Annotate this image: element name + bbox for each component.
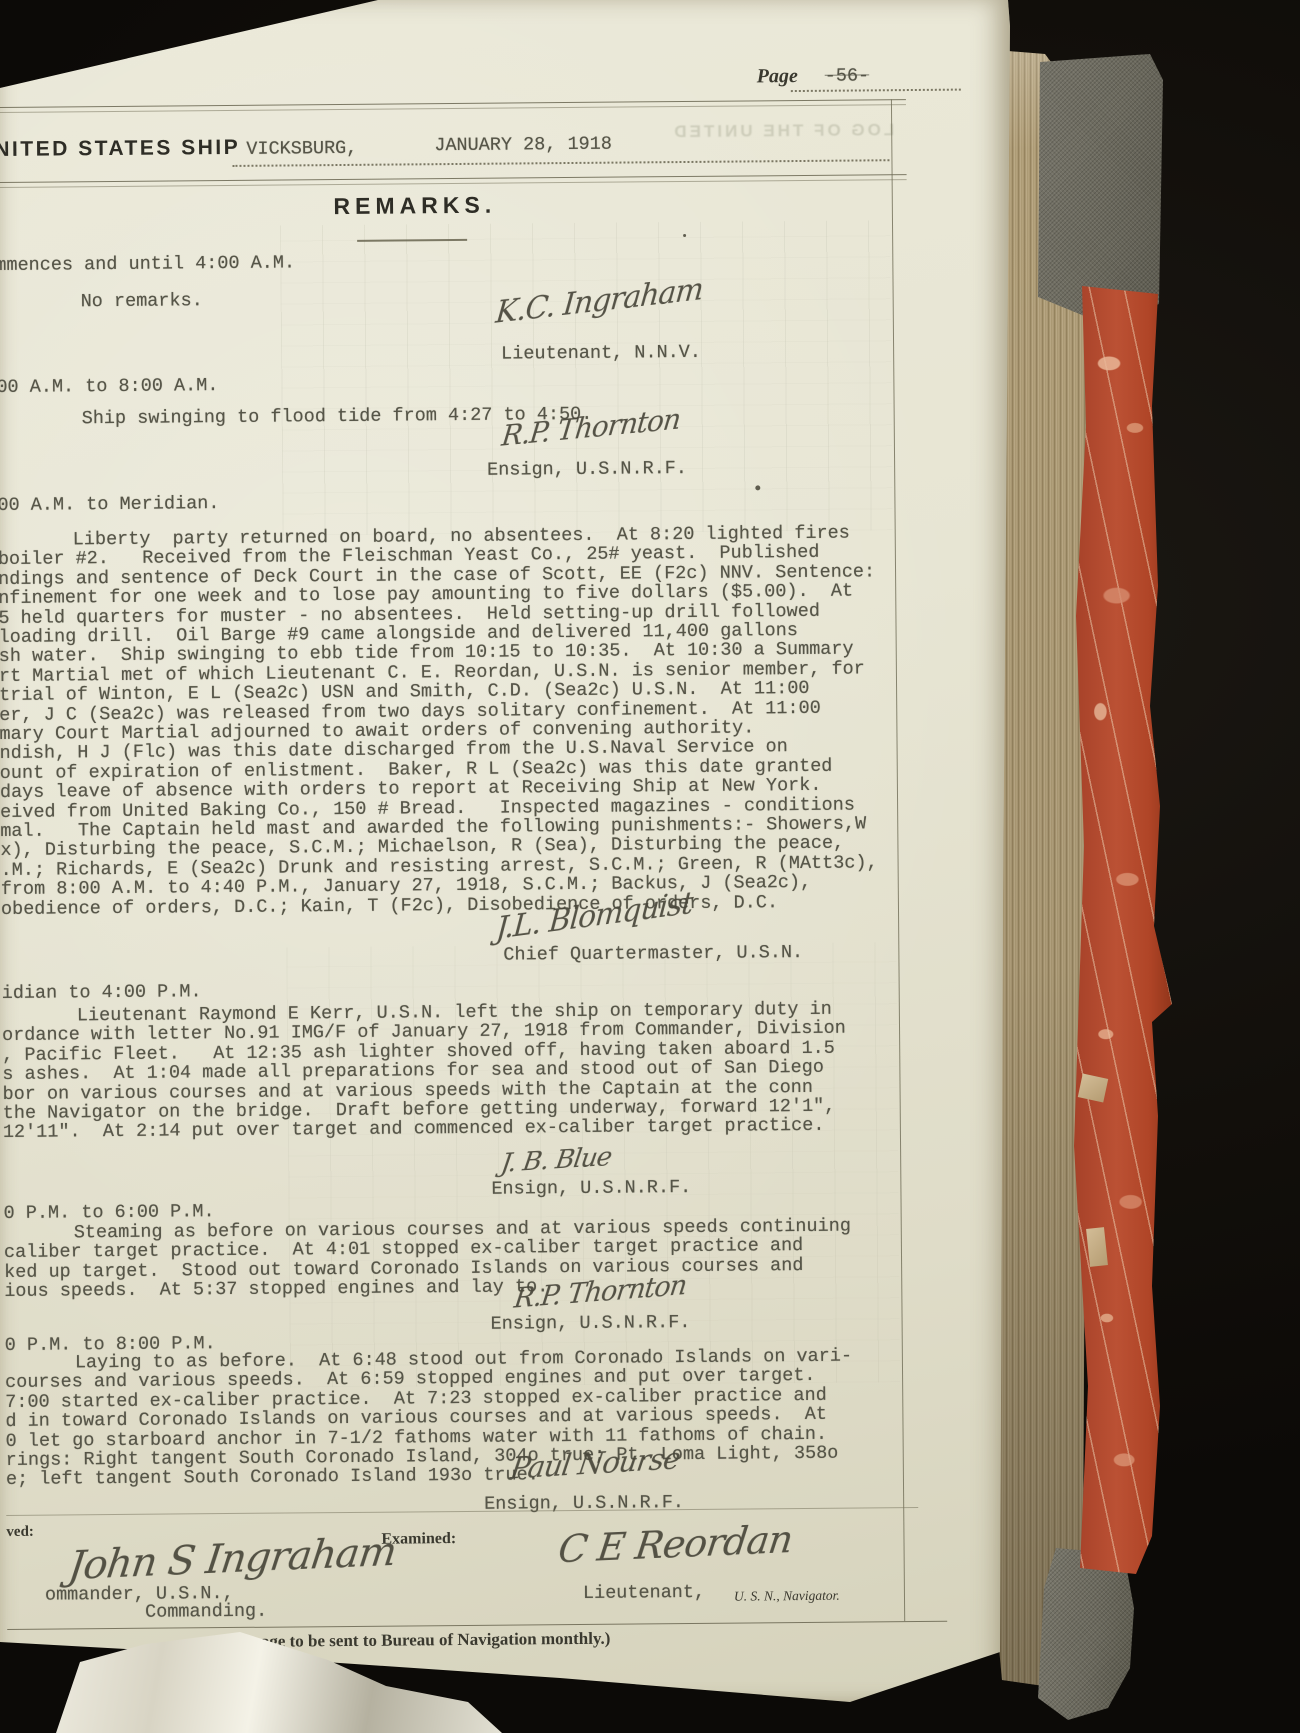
examiner-signature: C E Reordan xyxy=(556,1517,795,1571)
ink-speck xyxy=(683,234,686,237)
period-header: mmences and until 4:00 A.M. xyxy=(0,253,295,275)
book-cover-marbled-paper xyxy=(1068,286,1176,1576)
page-number-dotted-line xyxy=(791,89,961,92)
bleed-through-grid xyxy=(280,220,893,535)
commander-title-line2: Commanding. xyxy=(145,1602,267,1622)
signature-title: Ensign, U.S.N.R.F. xyxy=(487,458,687,481)
printed-form: LOG OF THE UNITED Page -56- NITED STATES… xyxy=(0,0,1020,1715)
book-cover-fabric-bottom-corner xyxy=(1038,1548,1138,1726)
book-cover-fabric-top-corner xyxy=(1032,52,1164,324)
log-line: ious speeds. At 5:37 stopped engines and… xyxy=(4,1277,548,1301)
ink-speck xyxy=(755,485,760,490)
page-label: Page xyxy=(757,65,798,88)
logbook-page: LOG OF THE UNITED Page -56- NITED STATES… xyxy=(0,0,1012,1715)
period-header: 00 A.M. to Meridian. xyxy=(0,494,220,515)
log-line: No remarks. xyxy=(81,291,203,311)
examiner-title: Lieutenant, xyxy=(583,1583,705,1603)
signature-title: Chief Quartermaster, U.S.N. xyxy=(503,942,803,966)
remarks-box-bottom-rule xyxy=(6,1507,918,1516)
page-number: -56- xyxy=(825,66,870,86)
ship-name-dotted-line xyxy=(232,159,889,167)
photo-of-logbook: { "page_label": "Page", "page_number": "… xyxy=(0,0,1300,1733)
form-top-rule xyxy=(0,99,906,108)
period-header: 00 A.M. to 8:00 A.M. xyxy=(0,376,219,397)
remarks-title: REMARKS. xyxy=(235,191,595,221)
log-date: JANUARY 28, 1918 xyxy=(434,135,612,156)
cover-tear-tab xyxy=(1086,1227,1108,1267)
form-right-border xyxy=(891,99,905,1621)
examiner-title-small: U. S. N., Navigator. xyxy=(734,1588,840,1605)
period-header: 0 P.M. to 6:00 P.M. xyxy=(4,1202,215,1223)
commander-signature: John S Ingraham xyxy=(66,1529,399,1590)
approved-label: ved: xyxy=(6,1524,34,1541)
period-header: idian to 4:00 P.M. xyxy=(2,982,202,1003)
cover-tear-tab xyxy=(1078,1074,1108,1103)
log-line: e; left tangent South Coronado Island 19… xyxy=(6,1466,539,1490)
signature-title: Lieutenant, N.N.V. xyxy=(501,342,701,365)
signature-title: Ensign, U.S.N.R.F. xyxy=(491,1312,691,1335)
ship-name: VICKSBURG, xyxy=(246,139,357,159)
ship-label: NITED STATES SHIP xyxy=(0,136,240,162)
header-bottom-rule xyxy=(0,174,907,183)
signature-title: Ensign, U.S.N.R.F. xyxy=(491,1177,691,1200)
